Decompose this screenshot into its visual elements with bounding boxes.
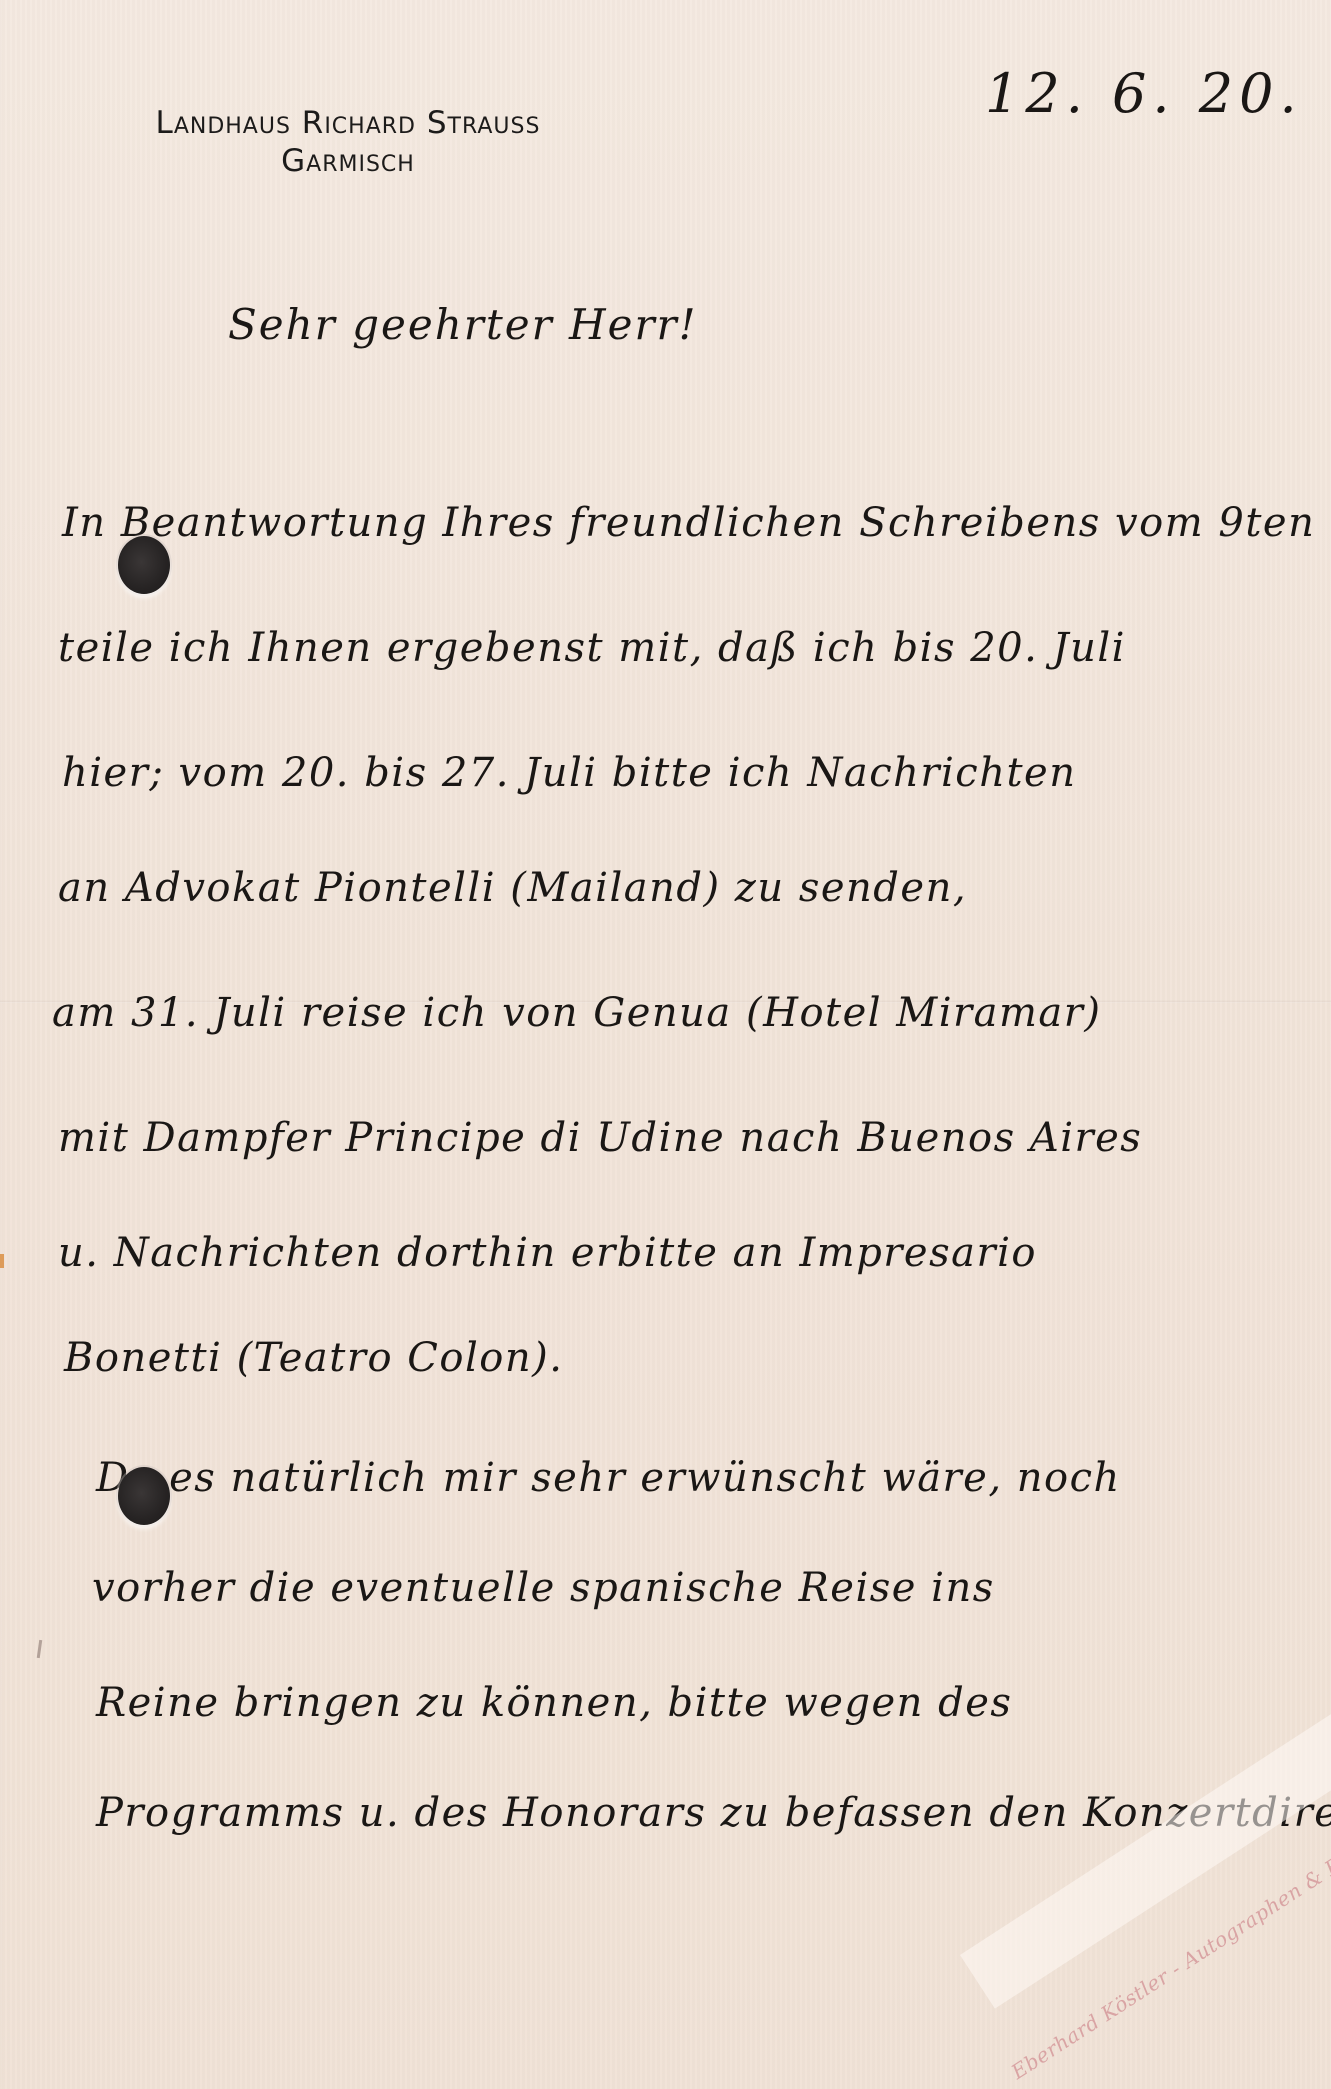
letter-line: an Advokat Piontelli (Mailand) zu senden…: [58, 865, 967, 911]
letterhead-location: Garmisch: [108, 142, 588, 180]
letter-line: vorher die eventuelle spanische Reise in…: [92, 1565, 995, 1611]
letter-line: mit Dampfer Principe di Udine nach Bueno…: [58, 1115, 1142, 1161]
letter-line: Da es natürlich mir sehr erwünscht wäre,…: [96, 1455, 1121, 1501]
salutation: Sehr geehrter Herr!: [228, 300, 698, 349]
letter-line: teile ich Ihnen ergebenst mit, daß ich b…: [58, 625, 1126, 671]
letterhead: Landhaus Richard Strauss Garmisch: [108, 104, 588, 180]
letterhead-title: Landhaus Richard Strauss: [108, 104, 588, 142]
letter-page: Landhaus Richard Strauss Garmisch 12. 6.…: [0, 0, 1331, 2089]
letter-line: am 31. Juli reise ich von Genua (Hotel M…: [52, 990, 1102, 1036]
punch-hole-icon: [118, 536, 170, 594]
letter-date: 12. 6. 20.: [985, 62, 1303, 125]
letter-line: hier; vom 20. bis 27. Juli bitte ich Nac…: [62, 750, 1076, 796]
letter-line: Bonetti (Teatro Colon).: [64, 1335, 563, 1381]
edge-stain: [0, 1254, 4, 1268]
stray-mark: [37, 1640, 42, 1658]
punch-hole-icon: [118, 1467, 170, 1525]
letter-line: u. Nachrichten dorthin erbitte an Impres…: [58, 1230, 1037, 1276]
letter-line: Programms u. des Honorars zu befassen de…: [96, 1790, 1331, 1836]
letter-line: Reine bringen zu können, bitte wegen des: [96, 1680, 1012, 1726]
letter-line: In Beantwortung Ihres freundlichen Schre…: [62, 500, 1315, 546]
